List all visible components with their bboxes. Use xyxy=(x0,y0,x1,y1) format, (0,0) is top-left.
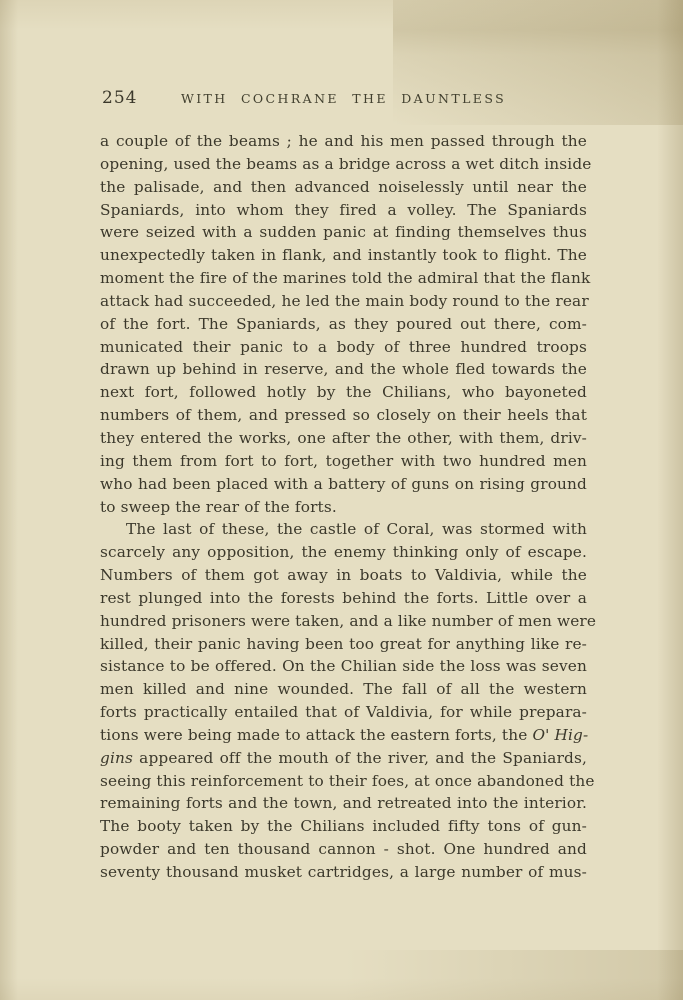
text-line: opening, used the beams as a bridge acro… xyxy=(100,153,587,176)
italic-text: O' Hig- xyxy=(532,726,588,744)
regular-text: killed, their panic having been too grea… xyxy=(100,635,587,653)
regular-text: Spaniards, into whom they fired a volley… xyxy=(100,201,587,219)
text-line: who had been placed with a battery of gu… xyxy=(100,473,587,496)
regular-text: who had been placed with a battery of gu… xyxy=(100,475,587,493)
text-line: seeing this reinforcement to their foes,… xyxy=(100,770,587,793)
page-header: 254 WITH COCHRANE THE DAUNTLESS xyxy=(100,88,587,110)
text-line: drawn up behind in reserve, and the whol… xyxy=(100,358,587,381)
italic-text: gins xyxy=(100,749,133,767)
regular-text: attack had succeeded, he led the main bo… xyxy=(100,292,589,310)
text-line: municated their panic to a body of three… xyxy=(100,336,587,359)
text-line: Numbers of them got away in boats to Val… xyxy=(100,564,587,587)
regular-text: unexpectedly taken in flank, and instant… xyxy=(100,246,587,264)
regular-text: of the fort. The Spaniards, as they pour… xyxy=(100,315,587,333)
text-line: the palisade, and then advanced noiseles… xyxy=(100,176,587,199)
regular-text: they entered the works, one after the ot… xyxy=(100,429,587,447)
text-line: killed, their panic having been too grea… xyxy=(100,633,587,656)
text-line: rest plunged into the forests behind the… xyxy=(100,587,587,610)
scan-shadow-bottom-right xyxy=(343,950,683,1000)
regular-text: seeing this reinforcement to their foes,… xyxy=(100,772,595,790)
regular-text: sistance to be offered. On the Chilian s… xyxy=(100,657,587,675)
regular-text: ing them from fort to fort, together wit… xyxy=(100,452,587,470)
body-text: a couple of the beams ; he and his men p… xyxy=(100,130,587,884)
regular-text: scarcely any opposition, the enemy think… xyxy=(100,543,587,561)
text-line: ing them from fort to fort, together wit… xyxy=(100,450,587,473)
text-line: hundred prisoners were taken, and a like… xyxy=(100,610,587,633)
text-line: moment the fire of the marines told the … xyxy=(100,267,587,290)
regular-text: were seized with a sudden panic at findi… xyxy=(100,223,587,241)
regular-text: hundred prisoners were taken, and a like… xyxy=(100,612,596,630)
paragraph: The last of these, the castle of Coral, … xyxy=(100,518,587,884)
regular-text: a couple of the beams ; he and his men p… xyxy=(100,132,587,150)
regular-text: men killed and nine wounded. The fall of… xyxy=(100,680,587,698)
regular-text: opening, used the beams as a bridge acro… xyxy=(100,155,592,173)
regular-text: appeared off the mouth of the river, and… xyxy=(133,749,587,767)
regular-text: drawn up behind in reserve, and the whol… xyxy=(100,360,587,378)
text-line: The last of these, the castle of Coral, … xyxy=(100,518,587,541)
regular-text: numbers of them, and pressed so closely … xyxy=(100,406,587,424)
text-line: The booty taken by the Chilians included… xyxy=(100,815,587,838)
text-line: powder and ten thousand cannon - shot. O… xyxy=(100,838,587,861)
text-line: they entered the works, one after the ot… xyxy=(100,427,587,450)
book-page: 254 WITH COCHRANE THE DAUNTLESS a couple… xyxy=(0,0,683,1000)
text-line: forts practically entailed that of Valdi… xyxy=(100,701,587,724)
text-line: men killed and nine wounded. The fall of… xyxy=(100,678,587,701)
regular-text: moment the fire of the marines told the … xyxy=(100,269,590,287)
regular-text: powder and ten thousand cannon - shot. O… xyxy=(100,840,587,858)
text-line: of the fort. The Spaniards, as they pour… xyxy=(100,313,587,336)
text-line: gins appeared off the mouth of the river… xyxy=(100,747,587,770)
text-line: seventy thousand musket cartridges, a la… xyxy=(100,861,587,884)
regular-text: next fort, followed hotly by the Chilian… xyxy=(100,383,587,401)
text-line: unexpectedly taken in flank, and instant… xyxy=(100,244,587,267)
regular-text: tions were being made to attack the east… xyxy=(100,726,532,744)
regular-text: forts practically entailed that of Valdi… xyxy=(100,703,587,721)
regular-text: remaining forts and the town, and retrea… xyxy=(100,794,587,812)
text-line: numbers of them, and pressed so closely … xyxy=(100,404,587,427)
text-line: next fort, followed hotly by the Chilian… xyxy=(100,381,587,404)
regular-text: rest plunged into the forests behind the… xyxy=(100,589,587,607)
regular-text: Numbers of them got away in boats to Val… xyxy=(100,566,587,584)
text-line: sistance to be offered. On the Chilian s… xyxy=(100,655,587,678)
text-line: were seized with a sudden panic at findi… xyxy=(100,221,587,244)
regular-text: municated their panic to a body of three… xyxy=(100,338,587,356)
regular-text: the palisade, and then advanced noiseles… xyxy=(100,178,587,196)
text-line: Spaniards, into whom they fired a volley… xyxy=(100,199,587,222)
regular-text: seventy thousand musket cartridges, a la… xyxy=(100,863,587,881)
text-line: to sweep the rear of the forts. xyxy=(100,496,587,519)
running-title: WITH COCHRANE THE DAUNTLESS xyxy=(100,91,587,106)
text-line: attack had succeeded, he led the main bo… xyxy=(100,290,587,313)
regular-text: The booty taken by the Chilians included… xyxy=(100,817,587,835)
text-line: scarcely any opposition, the enemy think… xyxy=(100,541,587,564)
paragraph: a couple of the beams ; he and his men p… xyxy=(100,130,587,518)
text-line: a couple of the beams ; he and his men p… xyxy=(100,130,587,153)
text-line: remaining forts and the town, and retrea… xyxy=(100,792,587,815)
regular-text: The last of these, the castle of Coral, … xyxy=(126,520,587,538)
regular-text: to sweep the rear of the forts. xyxy=(100,498,337,516)
text-line: tions were being made to attack the east… xyxy=(100,724,587,747)
